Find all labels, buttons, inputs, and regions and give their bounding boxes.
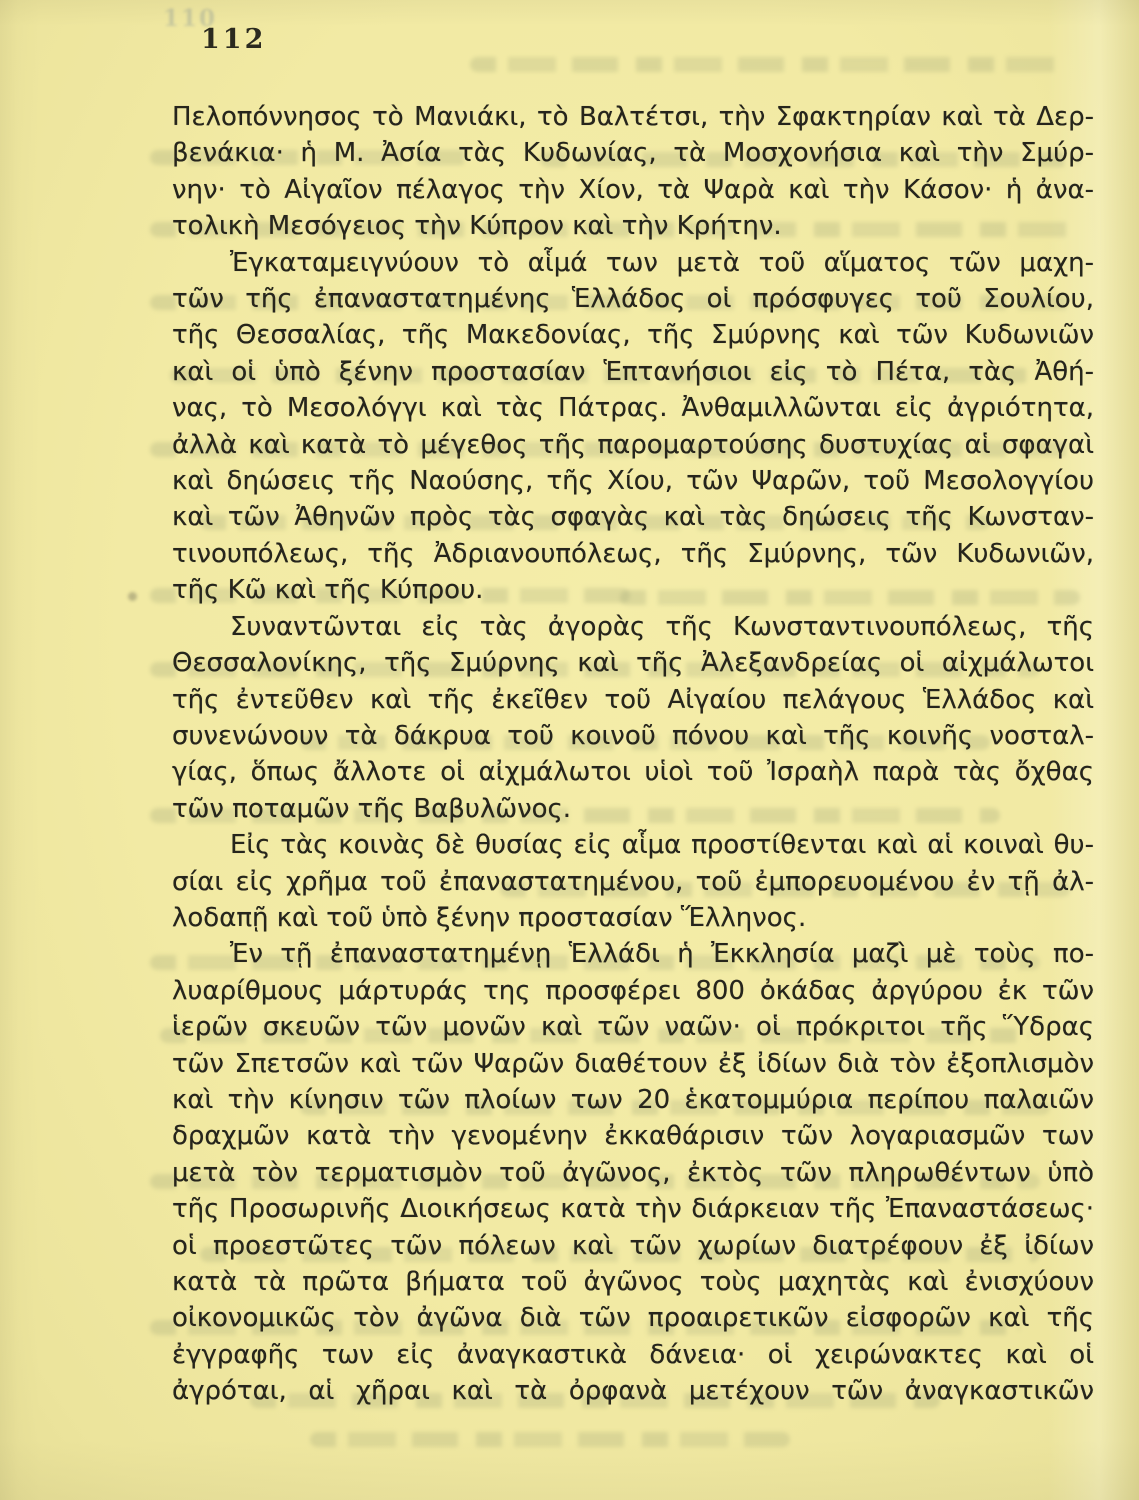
showthrough-line	[500, 882, 1070, 897]
text-line: γίας, ὅπως ἄλλοτε οἱ αἰχμάλωτοι υἱοὶ τοῦ…	[172, 754, 1094, 790]
ink-smudge	[128, 592, 137, 601]
text-line: οἱ προεστῶτες τῶν πόλεων καὶ τῶν χωρίων …	[172, 1228, 1094, 1264]
showthrough-line	[310, 1432, 790, 1447]
text-line: δραχμῶν κατὰ τὴν γενομένην ἐκκαθάρισιν τ…	[172, 1118, 1094, 1154]
text-line: τῶν ποταμῶν τῆς Βαβυλῶνος.	[172, 791, 1094, 827]
text-line: τῆς ἐντεῦθεν καὶ τῆς ἐκεῖθεν τοῦ Αἰγαίου…	[172, 682, 1094, 718]
body-text: Πελοπόννησος τὸ Μανιάκι, τὸ Βαλτέτσι, τὴ…	[172, 99, 1094, 1410]
text-line: καὶ δηώσεις τῆς Ναούσης, τῆς Χίου, τῶν Ψ…	[172, 463, 1094, 499]
text-line: νην· τὸ Αἰγαῖον πέλαγος τὴν Χίον, τὰ Ψαρ…	[172, 172, 1094, 208]
showthrough-page-number: 110	[163, 7, 217, 30]
showthrough-line	[200, 515, 990, 530]
showthrough-line	[150, 955, 1040, 970]
text-line: καὶ οἱ ὑπὸ ξένην προστασίαν Ἑπτανήσιοι ε…	[172, 354, 1094, 390]
showthrough-line	[150, 808, 1000, 823]
showthrough-line	[540, 152, 1080, 167]
showthrough-line	[170, 368, 1030, 383]
text-line: ἐγγραφῆς των εἰς ἀναγκαστικὰ δάνεια· οἱ …	[172, 1337, 1094, 1373]
text-line: λοδαπῇ καὶ τοῦ ὑπὸ ξένην προστασίαν Ἕλλη…	[172, 900, 1094, 936]
text-line: οἰκονομικῶς τὸν ἀγῶνα διὰ τῶν προαιρετικ…	[172, 1300, 1094, 1336]
text-line: Εἰς τὰς κοινὰς δὲ θυσίας εἰς αἷμα προστί…	[172, 827, 1094, 863]
text-line: καὶ τῶν Ἀθηνῶν πρὸς τὰς σφαγὰς καὶ τὰς δ…	[172, 499, 1094, 535]
text-line: λυαρίθμους μάρτυράς της προσφέρει 800 ὀκ…	[172, 973, 1094, 1009]
text-line: τῆς Θεσσαλίας, τῆς Μακεδονίας, τῆς Σμύρν…	[172, 317, 1094, 353]
text-line: ἀγρόται, αἱ χῆραι καὶ τὰ ὀρφανὰ μετέχουν…	[172, 1373, 1094, 1409]
text-line: νας, τὸ Μεσολόγγι καὶ τὰς Πάτρας. Ἀνθαμι…	[172, 390, 1094, 426]
text-line: συνενώνουν τὰ δάκρυα τοῦ κοινοῦ πόνου κα…	[172, 718, 1094, 754]
text-line: Πελοπόννησος τὸ Μανιάκι, τὸ Βαλτέτσι, τὴ…	[172, 99, 1094, 135]
showthrough-line	[200, 1247, 1040, 1262]
showthrough-line	[150, 442, 1070, 457]
text-line: Ἐγκαταμειγνύουν τὸ αἷμά των μετὰ τοῦ αἵμ…	[172, 245, 1094, 281]
text-line: Ἐν τῇ ἐπαναστατημένῃ Ἑλλάδι ἡ Ἐκκλησία μ…	[172, 936, 1094, 972]
text-line: καὶ τὴν κίνησιν τῶν πλοίων των 20 ἑκατομ…	[172, 1082, 1094, 1118]
showthrough-line	[150, 662, 1040, 677]
showthrough-line	[150, 150, 480, 165]
text-line: τολικὴ Μεσόγειος τὴν Κύπρον καὶ τὴν Κρήτ…	[172, 208, 1094, 244]
text-line: Θεσσαλονίκης, τῆς Σμύρνης καὶ τῆς Ἀλεξαν…	[172, 645, 1094, 681]
book-page: 110 112 Πελοπόννησος τὸ Μανιάκι, τὸ Βαλτ…	[0, 0, 1139, 1500]
showthrough-line	[150, 295, 1080, 310]
text-line: τῶν Σπετσῶν καὶ τῶν Ψαρῶν διαθέτουν ἐξ ἰ…	[172, 1046, 1094, 1082]
text-line: τῆς Προσωρινῆς Διοικήσεως κατὰ τὴν διάρκ…	[172, 1191, 1094, 1227]
showthrough-line	[150, 588, 630, 603]
showthrough-line	[300, 735, 990, 750]
text-line: Συναντῶνται εἰς τὰς ἀγορὰς τῆς Κωνσταντι…	[172, 609, 1094, 645]
showthrough-line	[160, 1028, 1030, 1043]
showthrough-line	[150, 1320, 1020, 1335]
text-line: τῆς Κῶ καὶ τῆς Κύπρου.	[172, 572, 1094, 608]
showthrough-line	[250, 1393, 940, 1408]
text-line: κατὰ τὰ πρῶτα βήματα τοῦ ἀγῶνος τοὺς μαχ…	[172, 1264, 1094, 1300]
text-line: βενάκια· ἡ Μ. Ἀσία τὰς Κυδωνίας, τὰ Μοσχ…	[172, 135, 1094, 171]
text-line: ἱερῶν σκευῶν τῶν μονῶν καὶ τῶν ναῶν· οἱ …	[172, 1009, 1094, 1045]
text-line: σίαι εἰς χρῆμα τοῦ ἐπαναστατημένου, τοῦ …	[172, 864, 1094, 900]
text-line: μετὰ τὸν τερματισμὸν τοῦ ἀγῶνος, ἐκτὸς τ…	[172, 1155, 1094, 1191]
text-line: τῶν τῆς ἐπαναστατημένης Ἑλλάδος οἱ πρόσφ…	[172, 281, 1094, 317]
showthrough-line	[620, 590, 1080, 605]
showthrough-layer	[0, 0, 1139, 1500]
page-number: 112	[201, 26, 266, 53]
showthrough-line	[470, 57, 1060, 72]
text-line: τινουπόλεως, τῆς Ἀδριανουπόλεως, τῆς Σμύ…	[172, 536, 1094, 572]
showthrough-line	[150, 222, 1080, 237]
showthrough-line	[300, 1100, 1050, 1115]
text-line: ἀλλὰ καὶ κατὰ τὸ μέγεθος τῆς παρομαρτούσ…	[172, 427, 1094, 463]
showthrough-line	[150, 1174, 1040, 1189]
